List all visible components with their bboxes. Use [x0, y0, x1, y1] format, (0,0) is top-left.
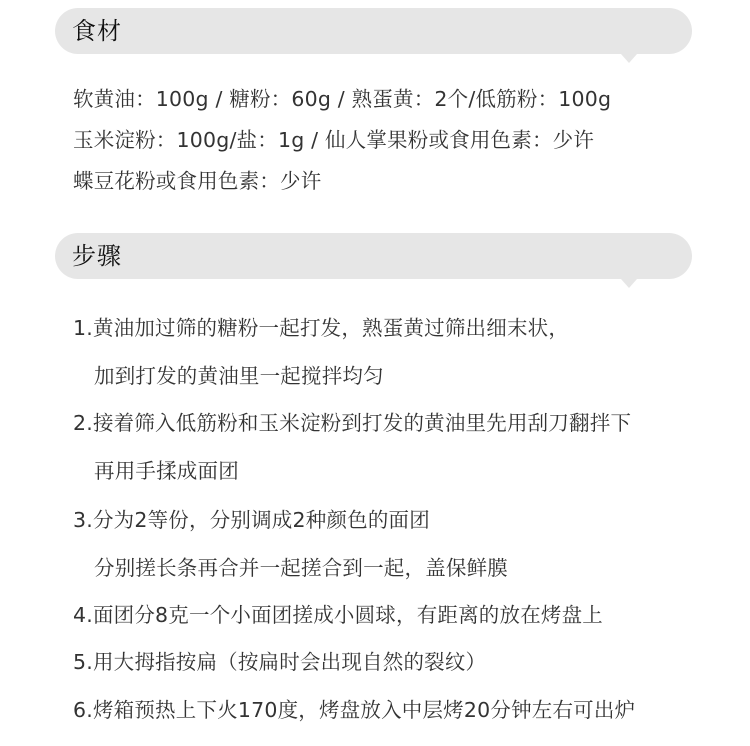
ingredients-title: 食材 — [72, 19, 122, 43]
ingredients-header: 食材 — [55, 8, 692, 54]
step-1-text: 1.黄油加过筛的糖粉一起打发，熟蛋黄过筛出细末状， — [73, 318, 569, 339]
step-2-continuation: 再用手揉成面团 — [94, 461, 239, 482]
step-1-continuation: 加到打发的黄油里一起搅拌均匀 — [94, 366, 384, 387]
step-4-text: 4.面团分8克一个小面团搓成小圆球，有距离的放在烤盘上 — [73, 605, 603, 626]
step-5-text: 5.用大拇指按扁（按扁时会出现自然的裂纹） — [73, 652, 486, 673]
step-6-text: 6.烤箱预热上下火170度，烤盘放入中层烤20分钟左右可出炉 — [73, 700, 635, 721]
step-3-text: 3.分为2等份，分别调成2种颜色的面团 — [73, 510, 430, 531]
ingredient-line: 玉米淀粉：100g/盐：1g / 仙人掌果粉或食用色素：少许 — [73, 130, 594, 151]
speech-bubble-tail-icon — [621, 54, 637, 63]
step-3-continuation: 分别搓长条再合并一起搓合到一起，盖保鲜膜 — [94, 558, 508, 579]
ingredient-line: 软黄油：100g / 糖粉：60g / 熟蛋黄：2个/低筋粉：100g — [73, 89, 611, 110]
ingredient-line: 蝶豆花粉或食用色素：少许 — [73, 171, 321, 192]
speech-bubble-tail-icon — [621, 279, 637, 288]
step-2-text: 2.接着筛入低筋粉和玉米淀粉到打发的黄油里先用刮刀翻拌下 — [73, 413, 631, 434]
steps-header: 步骤 — [55, 233, 692, 279]
steps-title: 步骤 — [72, 244, 122, 268]
